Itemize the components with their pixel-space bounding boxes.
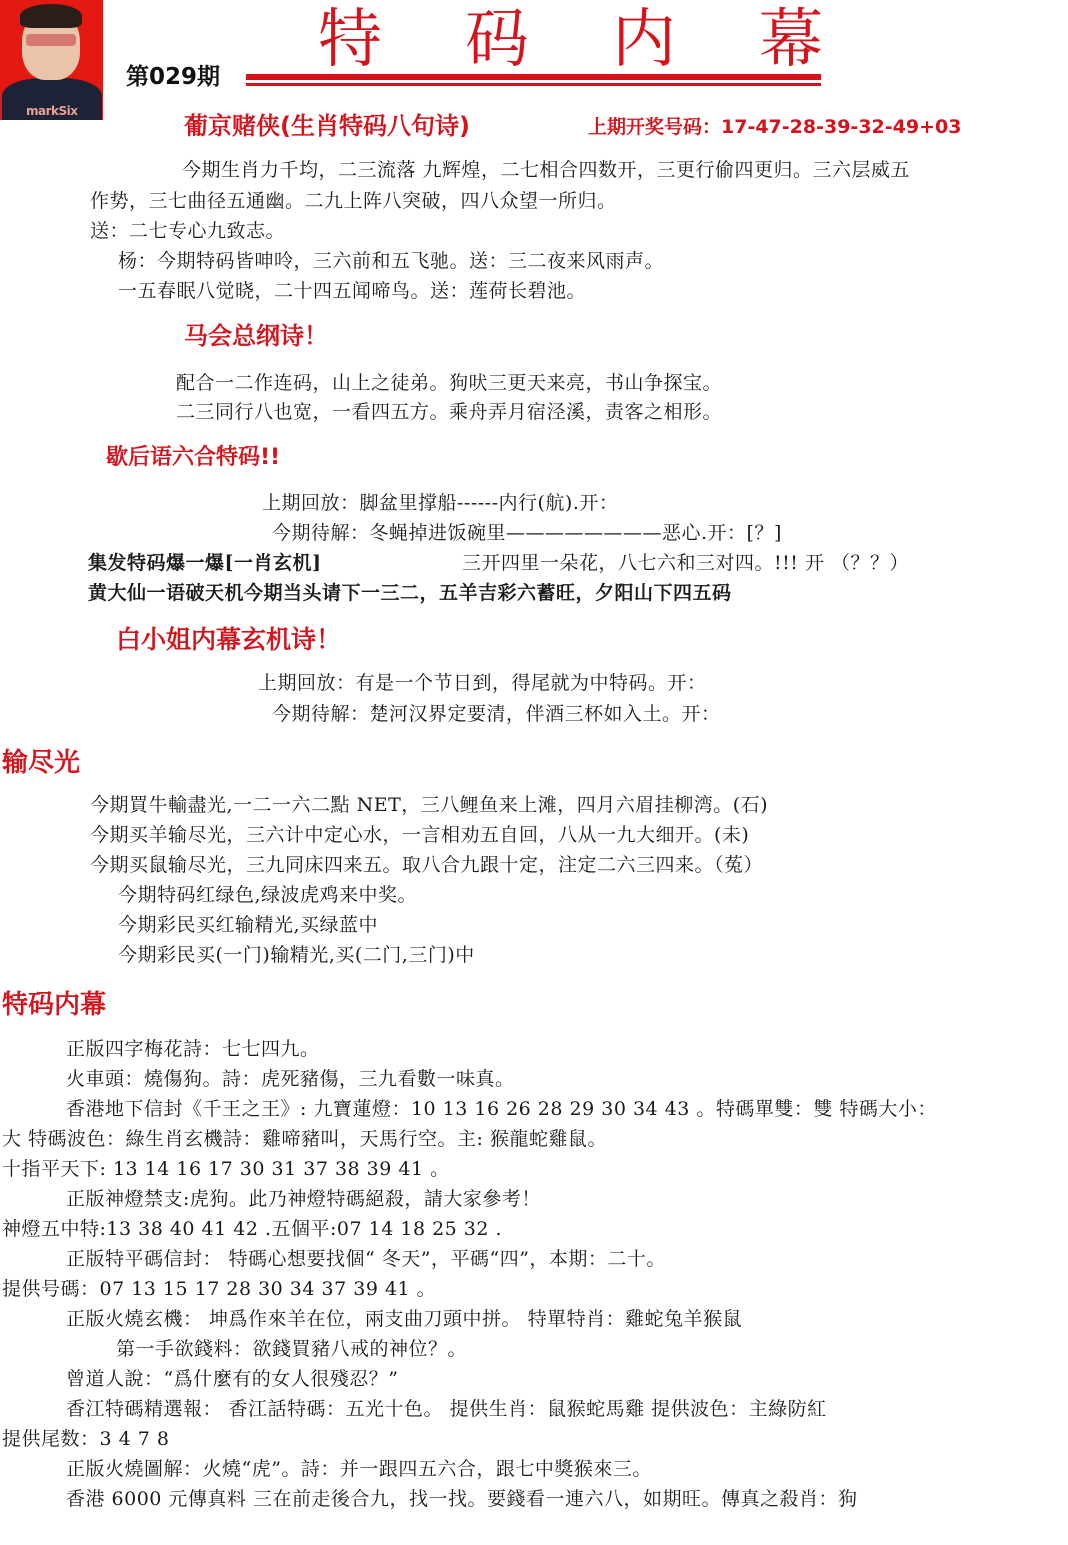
- section-title-poem8: 葡京赌侠(生肖特码八句诗): [184, 106, 470, 141]
- temanemu-line: 十指平天下: 13 14 16 17 30 31 37 38 39 41 。: [2, 1154, 450, 1181]
- poem8-line: 作势，三七曲径五通幽。二九上阵八突破，四八众望一所归。: [90, 186, 617, 213]
- shujinguang-line: 今期彩民买红输精光,买绿蓝中: [118, 910, 378, 937]
- temanemu-line: 曾道人說：“爲什麼有的女人很殘忍？”: [66, 1364, 398, 1391]
- bai-line: 上期回放：有是一个节日到，得尾就为中特码。开：: [258, 668, 707, 695]
- title-char: 幕: [759, 2, 823, 78]
- marksix-logo: markSix: [26, 104, 78, 118]
- title-char: 内: [612, 2, 676, 78]
- temanemu-line: 提供尾数：3 4 7 8: [2, 1424, 169, 1451]
- title-underline-thin: [246, 83, 821, 86]
- title-char: 特: [318, 2, 382, 78]
- xiehouyu-line: 上期回放：脚盆里撑船------内行(航).开：: [262, 488, 618, 515]
- shujinguang-line: 今期买羊输尽光，三六计中定心水，一言相劝五自回，八从一九大细开。(未): [90, 820, 749, 847]
- avatar-hair: [20, 4, 82, 28]
- bai-line: 今期待解：楚河汉界定要清，伴酒三杯如入土。开：: [272, 699, 721, 726]
- poem8-line: 今期生肖力千均，二三流落 九辉煌，二七相合四数开，三更行偷四更归。三六层威五: [182, 155, 910, 182]
- page-title: 特 码 内 幕: [318, 2, 823, 78]
- title-char: 码: [465, 2, 529, 78]
- section-title-bai: 白小姐内幕玄机诗！: [116, 620, 341, 656]
- jifa-text: 三开四里一朵花，八七六和三对四。!!! 开 （？？）: [462, 548, 909, 575]
- mahui-line: 配合一二作连码，山上之徒弟。狗吠三更天来亮，书山争探宝。: [176, 368, 722, 395]
- temanemu-line: 正版特平碼信封： 特碼心想要找個“ 冬天”，平碼“四”，本期：二十。: [66, 1244, 666, 1271]
- temanemu-line: 正版火燒玄機： 坤爲作來羊在位，兩支曲刀頭中拼。 特單特肖：雞蛇兔羊猴鼠: [66, 1304, 742, 1331]
- temanemu-line: 大 特碼波色：綠生肖玄機詩：雞啼豬叫，天馬行空。主: 猴龍蛇雞鼠。: [2, 1124, 607, 1151]
- temanemu-line: 提供号碼：07 13 15 17 28 30 34 37 39 41 。: [2, 1274, 436, 1301]
- poem8-line: 送：二七专心九致志。: [90, 216, 285, 243]
- section-title-mahui: 马会总纲诗！: [184, 316, 328, 351]
- section-title-shujinguang: 输尽光: [2, 742, 80, 779]
- shujinguang-line: 今期彩民买(一门)输精光,买(二门,三门)中: [118, 940, 475, 967]
- last-draw-label: 上期开奖号码：17-47-28-39-32-49+03: [588, 112, 961, 139]
- temanemu-line: 香江特碼精選報： 香江話特碼：五光十色。 提供生肖：鼠猴蛇馬雞 提供波色：主綠防…: [66, 1394, 827, 1421]
- temanemu-line: 正版火燒圖解：火燒“虎”。詩：并一跟四五六合，跟七中獎猴來三。: [66, 1454, 652, 1481]
- temanemu-line: 火車頭：燒傷狗。詩：虎死豬傷，三九看數一味真。: [66, 1064, 515, 1091]
- avatar-glasses: [26, 34, 76, 46]
- poem8-line: 杨：今期特码皆呻呤，三六前和五飞驰。送：三二夜来风雨声。: [118, 246, 664, 273]
- title-underline: [246, 74, 821, 80]
- avatar-photo: markSix: [0, 0, 103, 120]
- huang-text: 黄大仙一语破天机今期当头请下一三二，五羊吉彩六蓄旺，夕阳山下四五码: [88, 578, 732, 605]
- last-draw-label-text: 上期开奖号码：: [588, 116, 721, 138]
- xiehouyu-line: 今期待解：冬蝇掉进饭碗里————————恶心.开：[？]: [272, 518, 782, 545]
- shujinguang-line: 今期特码红绿色,绿波虎鸡来中奖。: [118, 880, 417, 907]
- section-title-temanemu: 特码内幕: [2, 984, 106, 1021]
- mahui-line: 二三同行八也宽，一看四五方。乘舟弄月宿泾溪，责客之相形。: [176, 397, 722, 424]
- shujinguang-line: 今期買牛輸盡光,一二一六二點 NET，三八鲤鱼来上滩，四月六眉挂柳湾。(石): [90, 790, 768, 817]
- jifa-label: 集发特码爆一爆[一肖玄机]: [88, 548, 321, 575]
- temanemu-line: 正版神燈禁支:虎狗。此乃神燈特碼絕殺，請大家參考！: [66, 1184, 541, 1211]
- temanemu-line: 神燈五中特:13 38 40 41 42 .五個平:07 14 18 25 32…: [2, 1214, 502, 1241]
- last-draw-numbers: 17-47-28-39-32-49+03: [721, 116, 961, 138]
- poem8-line: 一五春眠八觉晓，二十四五闻啼鸟。送：莲荷长碧池。: [118, 276, 586, 303]
- temanemu-line: 第一手欲錢料：欲錢買豬八戒的神位？。: [116, 1334, 467, 1361]
- temanemu-line: 香港 6000 元傳真料 三在前走後合九，找一找。要錢看一連六八，如期旺。傳真之…: [66, 1484, 857, 1511]
- temanemu-line: 正版四字梅花詩：七七四九。: [66, 1034, 320, 1061]
- section-title-xiehouyu: 歇后语六合特码!!: [106, 440, 280, 471]
- issue-number: 第029期: [126, 58, 220, 91]
- shujinguang-line: 今期买鼠输尽光，三九同床四来五。取八合九跟十定，注定二六三四来。（菟）: [90, 850, 763, 877]
- temanemu-line: 香港地下信封《千王之王》: 九寶蓮燈：10 13 16 26 28 29 30 …: [66, 1094, 937, 1121]
